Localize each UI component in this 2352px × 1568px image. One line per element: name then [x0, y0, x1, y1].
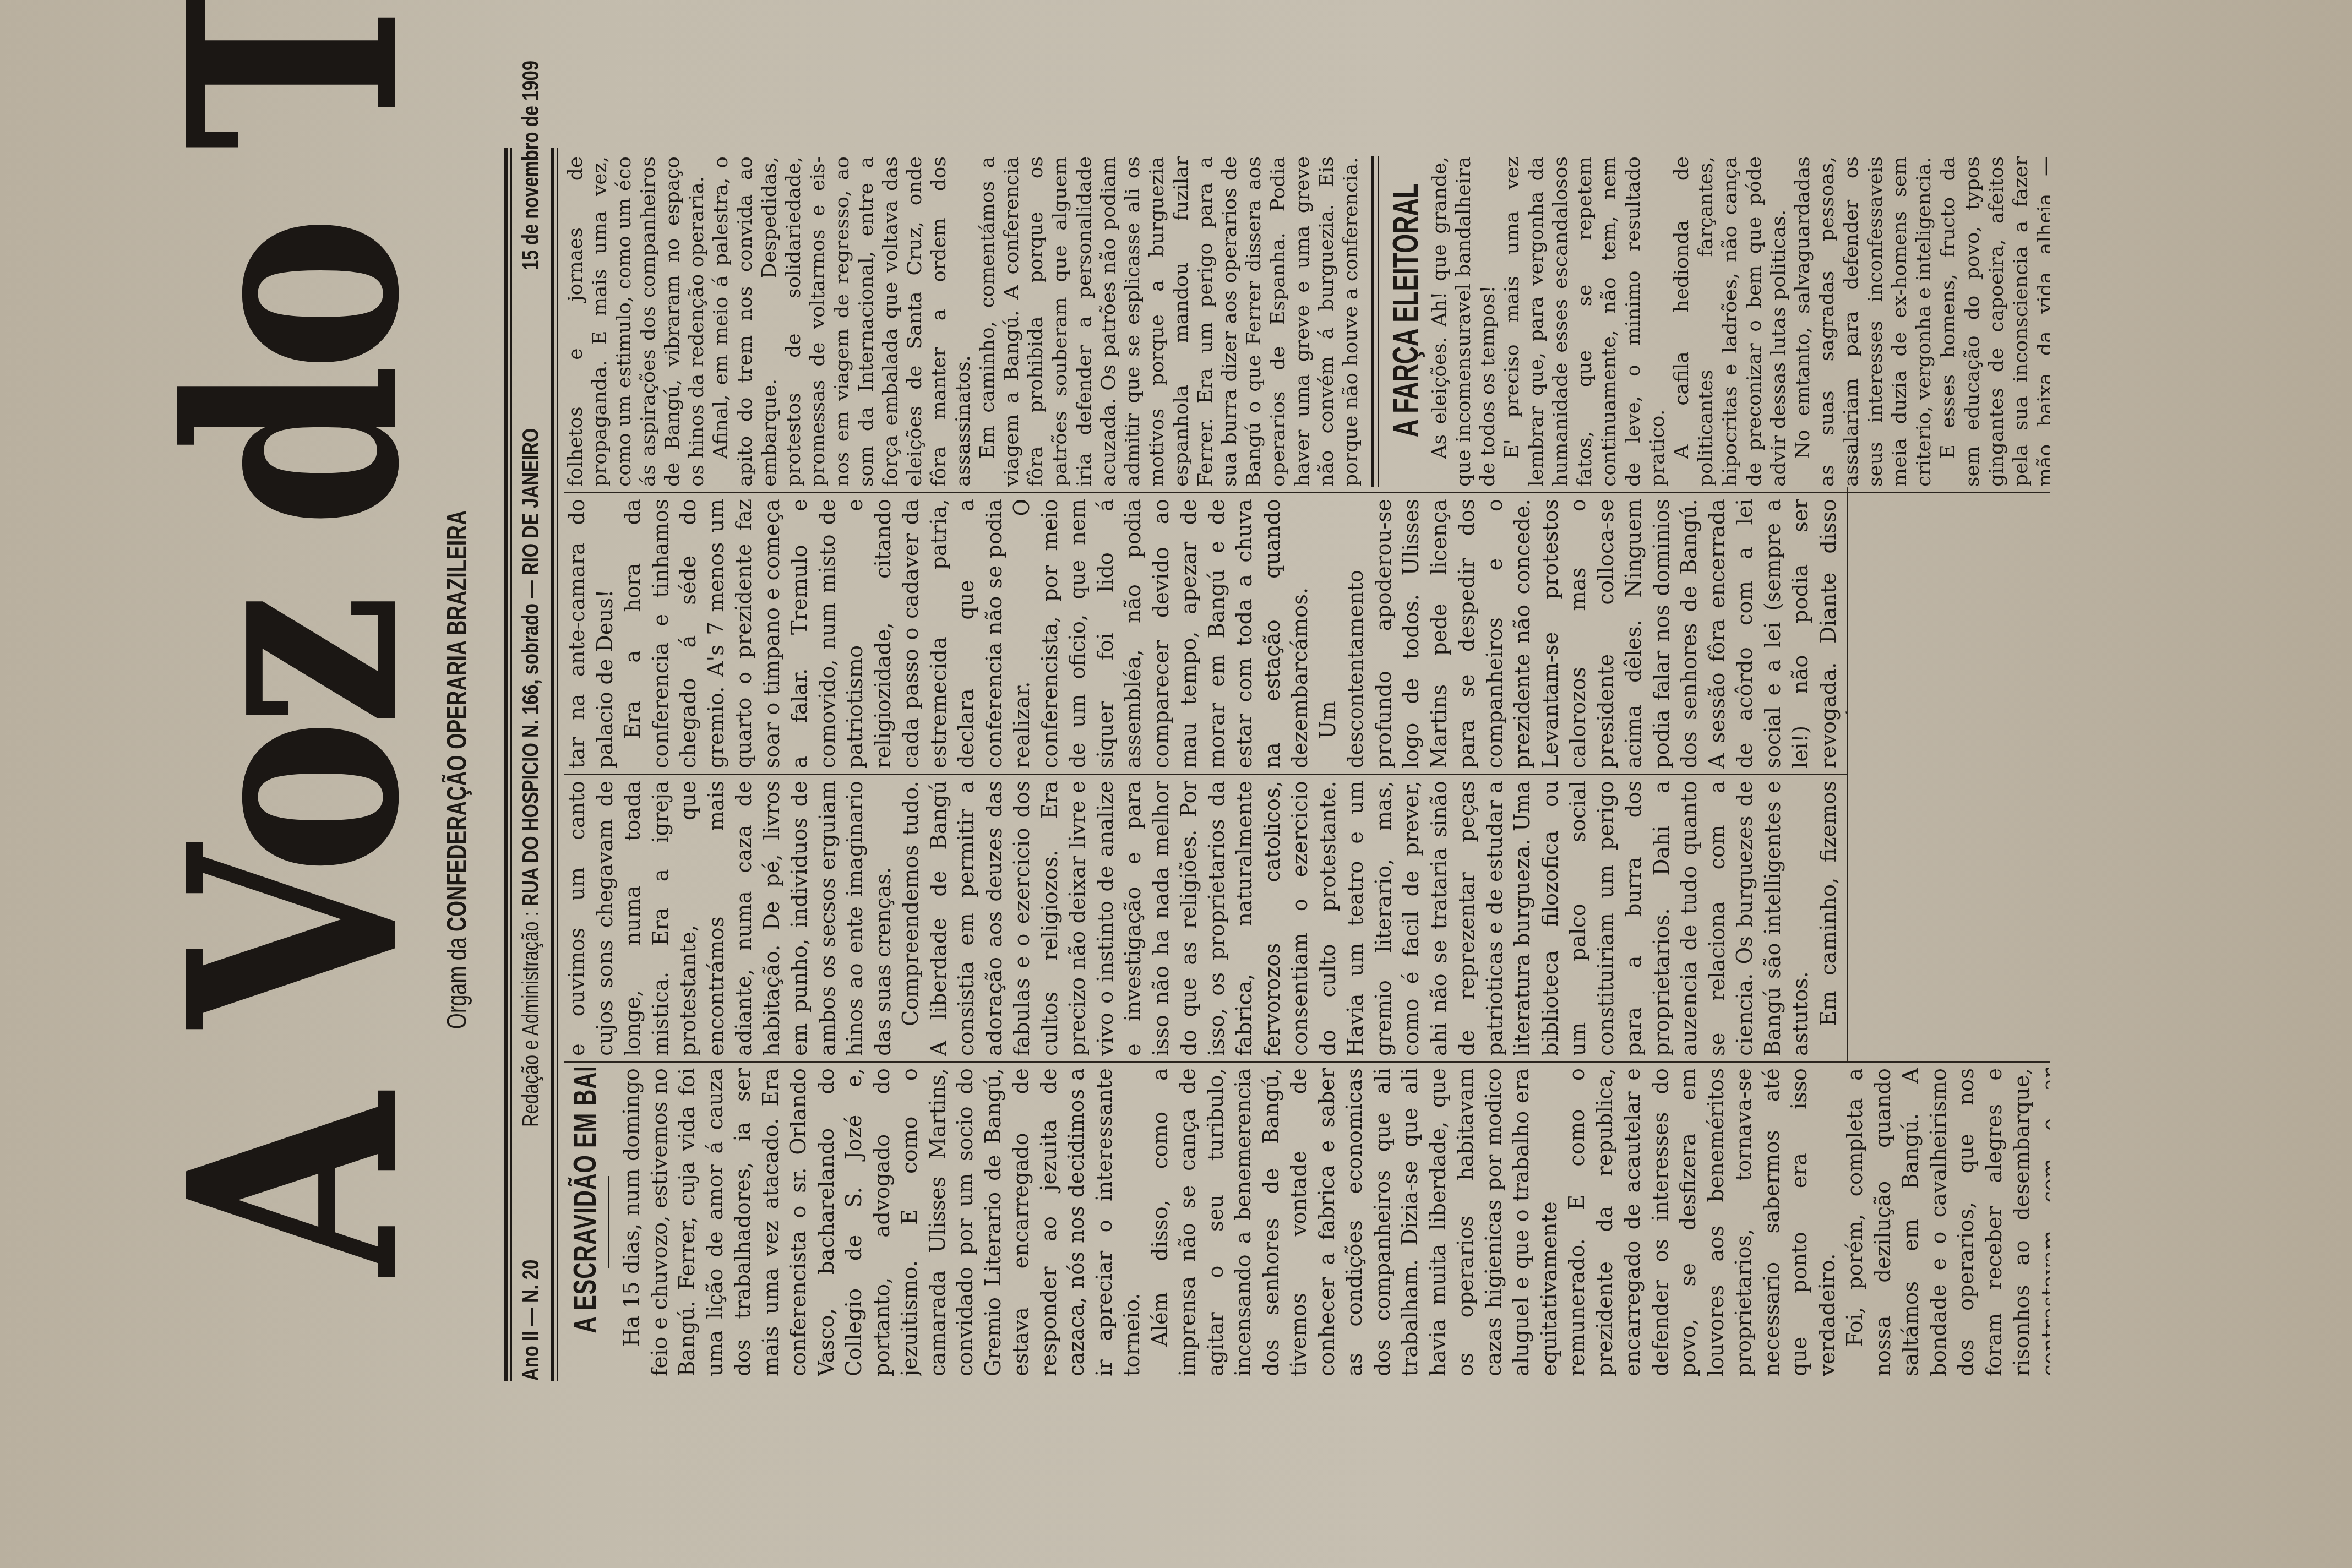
address: RUA DO HOSPICIO N. 166, sobrado — RIO DE… — [518, 428, 543, 906]
column-divider — [564, 1061, 2050, 1063]
masthead-rule-bottom — [551, 148, 558, 1381]
subtitle-organization: CONFEDERAÇÃO OPERARIA BRAZILEIRA — [442, 510, 472, 932]
paragraph: Afinal, em meio á palestra, o apito do t… — [709, 156, 976, 487]
issue-date: 15 de novembro de 1909 — [518, 61, 544, 270]
paragraph: E' preciso mais uma vez lembrar que, par… — [1500, 156, 1670, 487]
paragraph: Era a hora da conferencia e tinhamos che… — [619, 499, 1315, 769]
masthead-rule-top — [504, 148, 512, 1381]
paragraph: Um descontentamento profundo apoderou-se… — [1315, 499, 1847, 769]
paragraph: Compreendemos tudo. A liberdade de Bangú… — [897, 781, 1815, 1056]
paragraph: tar na ante-camara do palacio de Deus! — [564, 499, 619, 769]
paragraph: E esses homens, fructo da sem educação d… — [1936, 156, 2050, 487]
subtitle-prefix: Orgam da — [442, 932, 472, 1029]
column-divider — [564, 774, 1847, 775]
paragraph: Em caminho, fizemos varias perguntas. Qu… — [1815, 781, 1847, 1056]
column-break-rule — [1847, 487, 1848, 1063]
column-divider — [564, 492, 2050, 493]
paragraph: e ouvimos um canto cujos sons chegavam d… — [564, 781, 897, 1056]
column-2: e ouvimos um canto cujos sons chegavam d… — [564, 781, 1847, 1056]
paragraph: A cafila hedionda de politicantes farçan… — [1670, 156, 1791, 487]
masthead-title: A Voz do Trabalhador — [165, 264, 424, 1276]
article-headline-escravidao: A ESCRAVIDÃO EM BANGÚ — [566, 1111, 605, 1333]
paragraph: Foi, porém, completa a nossa dezilução q… — [1842, 1068, 2050, 1376]
column-1: A ESCRAVIDÃO EM BANGÚ Ha 15 dias, num do… — [564, 1068, 2050, 1376]
paragraph: Além disso, como a imprensa não se cança… — [1147, 1068, 1842, 1376]
column-4: folhetos e jornaes de propaganda. E mais… — [564, 156, 2050, 487]
column-3: tar na ante-camara do palacio de Deus! E… — [564, 499, 1847, 769]
paragraph: No emtanto, salvaguardadas as suas sagra… — [1791, 156, 1936, 487]
paragraph: folhetos e jornaes de propaganda. E mais… — [564, 156, 709, 487]
article-headline-farca-eleitoral: A FARÇA ELEITORAL — [1384, 206, 1428, 437]
section-rule — [1371, 156, 1379, 487]
paragraph: Em caminho, comentámos a viagem a Bangú.… — [976, 156, 1363, 487]
masthead-subtitle: Orgam da CONFEDERAÇÃO OPERARIA BRAZILEIR… — [440, 307, 473, 1232]
article-columns: A ESCRAVIDÃO EM BANGÚ Ha 15 dias, num do… — [564, 148, 2050, 1381]
address-block: Redação e Administração : RUA DO HOSPICI… — [518, 428, 544, 1127]
info-bar: Ano II — N. 20 Redação e Administração :… — [515, 148, 546, 1381]
headline-rule — [608, 1176, 609, 1268]
address-label: Redação e Administração : — [518, 906, 543, 1127]
newspaper-page: A Voz do Trabalhador Orgam da CONFEDERAÇ… — [0, 0, 2352, 1568]
paragraph: As eleições. Ah! que grande, que incomen… — [1428, 156, 1500, 487]
paragraph: Ha 15 dias, num domingo feio e chuvozo, … — [618, 1068, 1147, 1376]
issue-number: Ano II — N. 20 — [518, 1260, 544, 1381]
